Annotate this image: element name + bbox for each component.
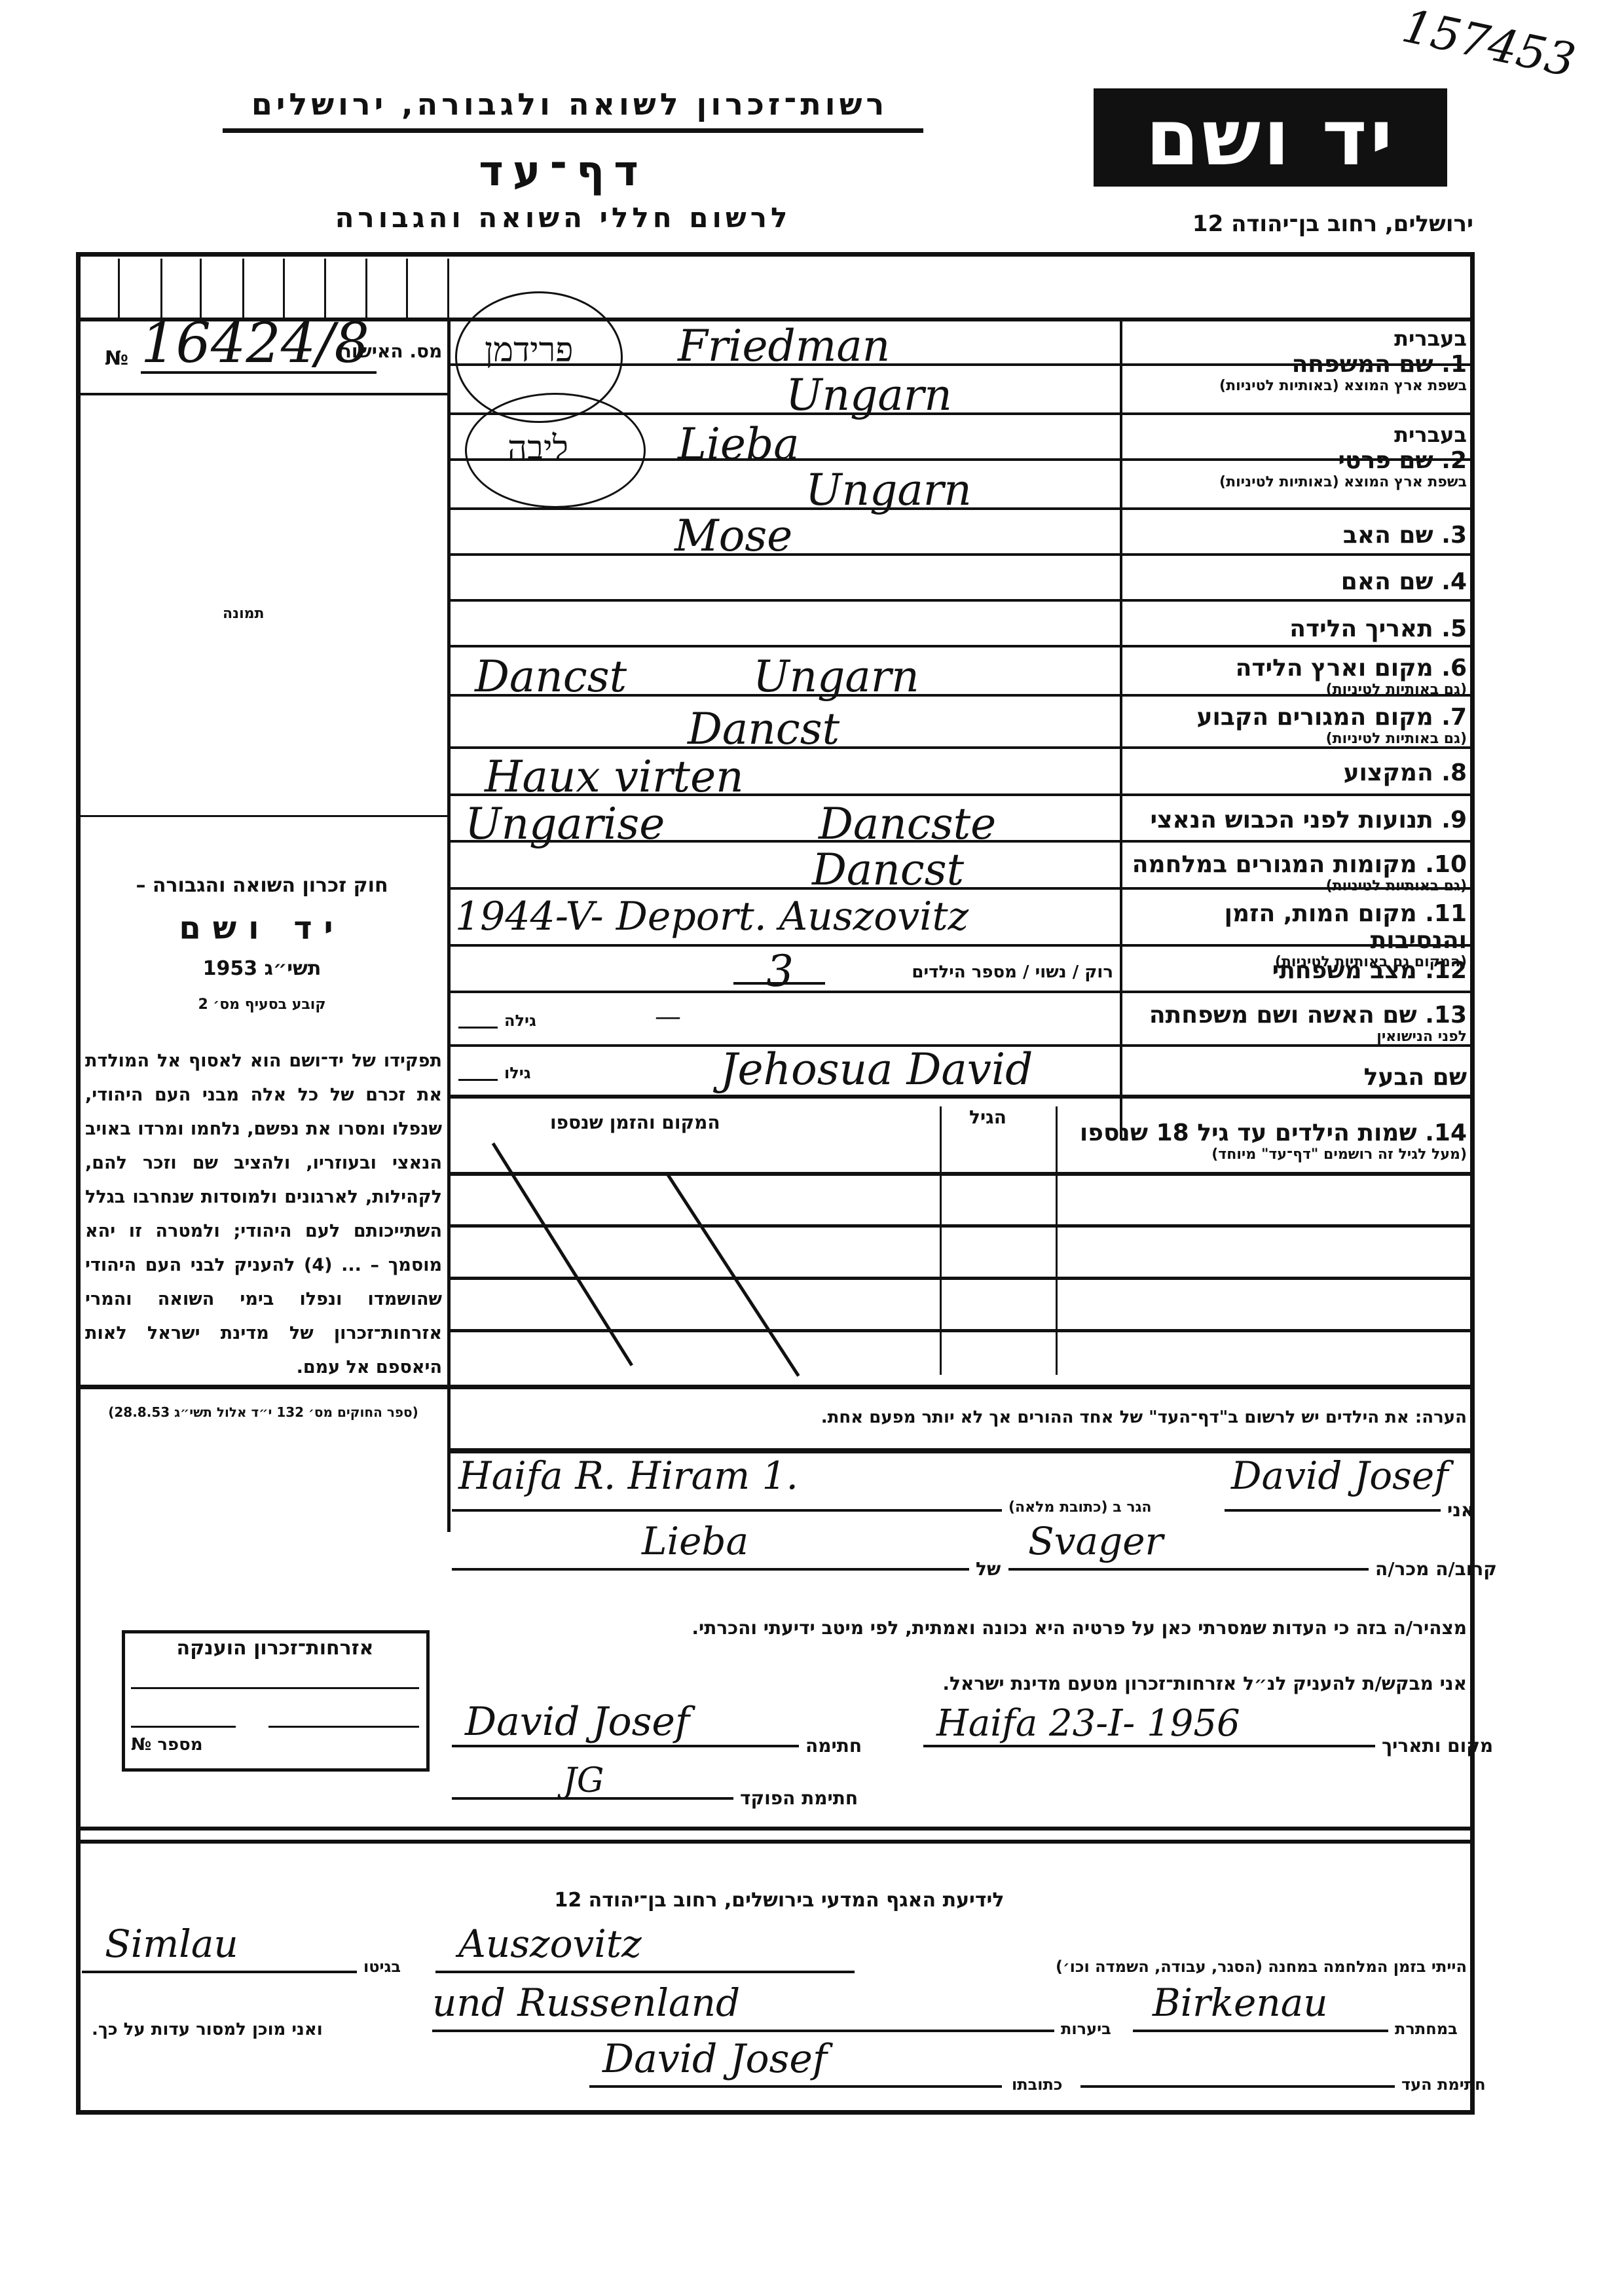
witness-signature-label: חתימת העד <box>1401 2075 1486 2094</box>
strip-tick <box>118 259 120 318</box>
ghetto-underline <box>82 1971 357 1973</box>
field-6-label: 6. מקום וארץ הלידה(גם באותיות לטיניות) <box>1126 655 1467 698</box>
field-8-label: 8. המקצוע <box>1126 759 1467 786</box>
field-4-label: 4. שם האם <box>1126 568 1467 595</box>
record-number-prefix: № <box>105 347 128 370</box>
signature-label: חתימה <box>805 1735 862 1757</box>
ghetto-label: בגיטו <box>363 1958 401 1976</box>
field-4-num: 4. <box>1441 568 1467 595</box>
header-underline <box>223 128 923 133</box>
stamp-number-label: מספר № <box>131 1735 203 1755</box>
note-text: הערה: את הילדים יש לרשום ב"דף־העד" של אח… <box>458 1408 1467 1427</box>
archive-number: 157453 <box>1397 0 1579 88</box>
hebrew-firstname-value[interactable]: ליבה <box>507 429 568 468</box>
page-title: דף־עד <box>367 147 760 196</box>
children-place-header: המקום והזמן שנספו <box>550 1112 720 1133</box>
field-8-title: המקצוע <box>1344 759 1433 786</box>
declarant-name-value[interactable]: David Josef <box>1231 1453 1449 1498</box>
place-date-label: מקום ותאריך <box>1382 1735 1493 1757</box>
section-divider <box>79 1840 1473 1844</box>
field-11-num: 11. <box>1425 900 1467 927</box>
field-12-title: מצב משפחתי <box>1272 957 1417 984</box>
stamp-line <box>268 1726 419 1728</box>
children-count-value[interactable]: 3 <box>766 946 794 996</box>
witness-address-underline <box>589 2085 1002 2088</box>
witness-signature-underline <box>1080 2085 1395 2088</box>
husband-label: שם הבעל <box>1126 1064 1467 1091</box>
row-divider <box>451 944 1472 947</box>
residing-label: הגר ב (כתובת מלאה) <box>1008 1499 1152 1516</box>
strip-tick <box>365 259 367 318</box>
field-2-pre: בעברית <box>1126 422 1467 447</box>
strip-tick <box>406 259 408 318</box>
strip-tick <box>242 259 244 318</box>
citizenship-request: אני מבקש/ת להעניק לנ״ל אזרחות־זכרון מטעם… <box>655 1673 1467 1694</box>
yad-vashem-logo: יד ושם <box>1094 88 1447 187</box>
birthplace-value[interactable]: Dancst <box>475 651 627 702</box>
field-1-label: בעברית 1. שם המשפחה בשפת ארץ המוצא (באות… <box>1126 326 1467 394</box>
death-details-value[interactable]: 1944-V- Deport. Auszovitz <box>455 894 969 939</box>
field-6-num: 6. <box>1441 655 1467 682</box>
field-10-title: מקומות המגורים במלחמה <box>1132 851 1417 878</box>
row-divider <box>451 553 1472 556</box>
wife-name-value[interactable]: — <box>655 1002 681 1032</box>
section-divider <box>79 1827 1473 1831</box>
forests-underline <box>432 2030 1054 2032</box>
of-underline <box>452 1568 969 1571</box>
camp-value[interactable]: Auszovitz <box>458 1922 642 1966</box>
field-7-sub: (גם באותיות לטיניות) <box>1126 731 1467 747</box>
place-date-underline <box>923 1745 1375 1747</box>
field-4-title: שם האם <box>1341 568 1433 595</box>
father-name-value[interactable]: Mose <box>674 511 792 561</box>
field-13-label: 13. שם האשה ושם משפחתהלפני הנישואין <box>1126 1002 1467 1045</box>
underground-value[interactable]: Birkenau <box>1153 1980 1328 2025</box>
profession-value[interactable]: Haux virten <box>485 752 744 802</box>
field-12-label: 12. מצב משפחתי <box>1126 957 1467 984</box>
field-9-num: 9. <box>1441 807 1467 833</box>
place-date-value[interactable]: Haifa 23-I- 1956 <box>936 1702 1240 1745</box>
signature-underline <box>452 1745 799 1747</box>
strip-tick <box>160 259 162 318</box>
field-13-title: שם האשה ושם משפחתה <box>1149 1002 1417 1029</box>
field-3-num: 3. <box>1441 522 1467 549</box>
law-clause: קובע בסעיף מס׳ 2 <box>85 996 439 1013</box>
declarant-address-value[interactable]: Haifa R. Hiram 1. <box>458 1453 798 1498</box>
field-1-sub: בשפת ארץ המוצא (באותיות לטיניות) <box>1126 378 1467 394</box>
field-14-title: שמות הילדים עד גיל 18 שנספו <box>1080 1120 1417 1146</box>
record-box-divider <box>79 393 449 395</box>
husband-age-label: גילו <box>504 1064 531 1082</box>
camp-underline <box>435 1971 855 1973</box>
address-underline <box>452 1509 1002 1512</box>
row-divider <box>451 1095 1472 1099</box>
field-2-sub: בשפת ארץ המוצא (באותיות לטיניות) <box>1126 474 1467 490</box>
strip-tick <box>283 259 285 318</box>
field-3-label: 3. שם האב <box>1126 522 1467 549</box>
children-col-divider <box>1056 1106 1058 1375</box>
of-label: של <box>976 1558 1001 1580</box>
field-1-pre: בעברית <box>1126 326 1467 351</box>
photo-label: תמונה <box>223 606 265 622</box>
row-divider <box>451 599 1472 602</box>
firstname-value[interactable]: Lieba <box>678 419 800 469</box>
field-9-label: 9. תנועות לפני הכבוש הנאצי <box>1126 807 1467 833</box>
birth-country-value[interactable]: Ungarn <box>753 651 919 702</box>
wife-age-underline <box>458 1027 498 1029</box>
row-divider <box>451 645 1472 647</box>
underground-underline <box>1133 2030 1388 2032</box>
label-column-divider <box>1120 321 1122 1139</box>
field-13-sub: לפני הנישואין <box>1126 1029 1467 1045</box>
official-signature[interactable]: JG <box>563 1761 604 1800</box>
marital-status-options: רוק / נשוי / מספר הילדים <box>825 962 1113 982</box>
movements-value[interactable]: Ungarise <box>465 799 665 849</box>
husband-age-underline <box>458 1079 498 1081</box>
stamp-title: אזרחות־זכרון הוענקה <box>131 1637 419 1660</box>
hebrew-surname-value[interactable]: פרידמן <box>485 331 574 370</box>
law-title: חוק זכרון השואה והגבורה – <box>85 874 439 897</box>
declaration-statement: מצהיר/ה בזה כי העדות שמסרתי כאן על פרטיה… <box>458 1617 1467 1639</box>
witness-address-label: כתובתו <box>1012 2075 1063 2094</box>
field-14-sub: (מעל לגיל זה רושמים "דף־עד" מיוחד) <box>1061 1146 1467 1163</box>
field-10-num: 10. <box>1425 851 1467 878</box>
stamp-line <box>131 1726 236 1728</box>
header-address: ירושלים, רחוב בן־יהודה 12 <box>1107 211 1473 237</box>
left-column-divider <box>447 321 451 1532</box>
law-citation: (ספר החוקים מס׳ 132 י״ד אלול תשי״ג 28.8.… <box>80 1404 447 1420</box>
children-col-divider <box>940 1106 942 1375</box>
row-divider <box>451 746 1472 749</box>
children-row-line <box>451 1277 1472 1280</box>
field-7-label: 7. מקום המגורים הקבוע(גם באותיות לטיניות… <box>1126 704 1467 747</box>
relation-value[interactable]: Svager <box>1028 1519 1163 1563</box>
field-7-title: מקום המגורים הקבוע <box>1197 704 1433 731</box>
firstname-origin-value[interactable]: Ungarn <box>805 465 972 515</box>
children-row-line <box>451 1172 1472 1176</box>
witness-address-value[interactable]: David Josef <box>602 2036 827 2082</box>
husband-name-value[interactable]: Jehosua David <box>720 1044 1033 1095</box>
field-12-num: 12. <box>1425 957 1467 984</box>
field-13-num: 13. <box>1425 1002 1467 1029</box>
note-divider <box>451 1448 1472 1453</box>
field-7-num: 7. <box>1441 704 1467 731</box>
record-number-value[interactable]: 16424/8 <box>141 311 369 375</box>
movements-value-2[interactable]: Dancste <box>819 799 996 849</box>
stamp-line <box>131 1687 419 1689</box>
field-9-title: תנועות לפני הכבוש הנאצי <box>1150 807 1433 833</box>
strip-tick <box>324 259 326 318</box>
note-divider <box>79 1385 1473 1389</box>
page-subtitle: לרשום חללי השואה והגבורה <box>282 202 845 234</box>
relation-underline <box>1008 1568 1369 1571</box>
strip-tick <box>447 259 449 318</box>
surname-origin-value[interactable]: Ungarn <box>786 370 952 420</box>
ghetto-value[interactable]: Simlau <box>105 1922 238 1966</box>
field-2-label: בעברית 2. שם פרטי בשפת ארץ המוצא (באותיו… <box>1126 422 1467 490</box>
law-box-divider <box>79 815 449 817</box>
of-value[interactable]: Lieba <box>642 1519 748 1563</box>
husband-title: שם הבעל <box>1126 1064 1467 1091</box>
camp-stay-label: הייתי בזמן המלחמה במחנה (הסגר, עבודה, הש… <box>864 1958 1467 1976</box>
residence-value[interactable]: Dancst <box>688 704 840 754</box>
field-3-title: שם האב <box>1343 522 1433 549</box>
field-8-num: 8. <box>1441 759 1467 786</box>
field-5-label: 5. תאריך הלידה <box>1126 615 1467 642</box>
forests-label: ביערות <box>1061 2020 1111 2038</box>
scientific-dept-title: לידיעת האגף המדעי בירושלים, רחוב בן־יהוד… <box>452 1889 1107 1912</box>
declarant-signature[interactable]: David Josef <box>465 1699 690 1745</box>
relation-label: קרוב/ה מכר/ה <box>1375 1558 1497 1580</box>
law-year: תשי״ג 1953 <box>85 957 439 980</box>
declarant-name-underline <box>1225 1509 1441 1512</box>
law-body-text: תפקידו של יד־ושם הוא לאסוף אל המולדת את … <box>85 1044 442 1385</box>
testimony-text: ואני מוכן למסור עדות על כך. <box>92 2020 323 2039</box>
children-row-line <box>451 1329 1472 1332</box>
field-5-title: תאריך הלידה <box>1289 615 1433 642</box>
field-14-num: 14. <box>1425 1120 1467 1146</box>
field-14-label: 14. שמות הילדים עד גיל 18 שנספו(מעל לגיל… <box>1061 1120 1467 1163</box>
row-divider <box>451 991 1472 993</box>
field-10-sub: (גם באותיות לטיניות) <box>1126 878 1467 894</box>
surname-value[interactable]: Friedman <box>678 321 890 371</box>
strip-tick <box>200 259 202 318</box>
organization-name: רשות־זכרון לשואה ולגבורה, ירושלים <box>216 86 923 122</box>
children-age-header: הגיל <box>969 1106 1006 1128</box>
wife-age-label: גילה <box>504 1011 536 1030</box>
wartime-residence-value[interactable]: Dancst <box>812 845 964 895</box>
law-name: יד ושם <box>85 910 439 947</box>
underground-label: במחתרת <box>1395 2020 1458 2038</box>
field-5-num: 5. <box>1441 615 1467 642</box>
declarant-i-label: אני <box>1447 1499 1474 1521</box>
official-signature-label: חתימת הפוקד <box>740 1787 858 1809</box>
children-row-line <box>451 1224 1472 1228</box>
forests-value[interactable]: und Russenland <box>432 1980 740 2025</box>
field-6-title: מקום וארץ הלידה <box>1236 655 1433 682</box>
